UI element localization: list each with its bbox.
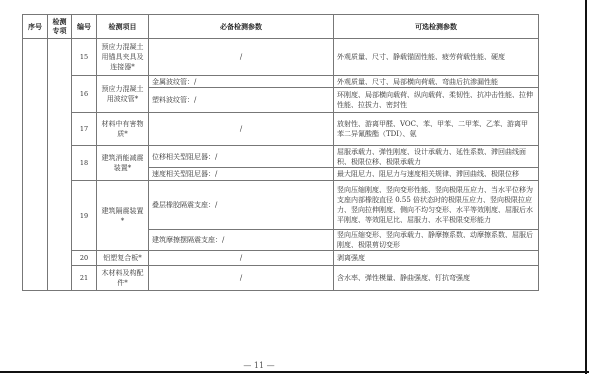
optional-cell: 竖向压缩变形、竖向承载力、静摩擦系数、动摩擦系数、屈服后刚度、极限剪切变形 [334,230,539,251]
page-number: — 11 — [0,361,518,370]
table-row: 18 建筑消能减震装置* 位移相关型阻尼器：/ 屈服承载力、弹性刚度、设计承载力… [23,146,539,168]
item-cell: 预应力混凝土用锚具夹具及连接器* [97,39,149,76]
header-item: 检测项目 [97,15,149,39]
required-cell: / [149,39,334,76]
code-cell: 17 [72,113,97,146]
table-row: 17 材料中有害物质* / 放射性、游离甲醛、VOC、苯、甲苯、二甲苯、乙苯、游… [23,113,539,146]
item-cell: 铝塑复合板* [97,251,149,266]
item-cell: 预应力混凝土用波纹管* [97,76,149,113]
table-row: 20 铝塑复合板* / 剥离强度 [23,251,539,266]
header-category: 检测专项 [48,15,72,39]
header-optional: 可选检测参数 [334,15,539,39]
header-required: 必备检测参数 [149,15,334,39]
code-cell: 21 [72,266,97,291]
testing-parameters-table: 序号 检测专项 编号 检测项目 必备检测参数 可选检测参数 15 预应力混凝土用… [22,14,539,291]
required-cell: 塑料波纹管：/ [149,88,334,113]
code-cell: 15 [72,39,97,76]
code-cell: 18 [72,146,97,181]
optional-cell: 外观质量、尺寸、局部横向荷载、弯曲后抗渗漏性能 [334,76,539,88]
item-cell: 建筑隔震装置* [97,181,149,251]
required-cell: / [149,251,334,266]
code-cell: 20 [72,251,97,266]
category-cell [48,39,72,291]
optional-cell: 最大阻尼力、阻尼力与速度相关规律、滞回曲线、极限位移 [334,168,539,181]
optional-cell: 放射性、游离甲醛、VOC、苯、甲苯、二甲苯、乙苯、游离甲苯二异氰酸酯（TDI）、… [334,113,539,146]
page-edge [0,371,589,373]
item-cell: 材料中有害物质* [97,113,149,146]
required-cell: 金属波纹管：/ [149,76,334,88]
table-row: 19 建筑隔震装置* 叠层橡胶隔震支座：/ 竖向压缩刚度、竖向变形性能、竖向极限… [23,181,539,230]
item-cell: 建筑消能减震装置* [97,146,149,181]
table-row: 15 预应力混凝土用锚具夹具及连接器* / 外观质量、尺寸、静载锚固性能、疲劳荷… [23,39,539,76]
page-edge [585,0,587,374]
optional-cell: 屈服承载力、弹性刚度、设计承载力、延性系数、滞回曲线面积、极限位移、极限承载力 [334,146,539,168]
index-cell [23,39,48,291]
code-cell: 19 [72,181,97,251]
required-cell: 位移相关型阻尼器：/ [149,146,334,168]
optional-cell: 环刚度、局部横向载荷、纵向载荷、柔韧性、抗冲击性能、拉伸性能、拉拔力、密封性 [334,88,539,113]
code-cell: 16 [72,76,97,113]
optional-cell: 外观质量、尺寸、静载锚固性能、疲劳荷载性能、硬度 [334,39,539,76]
header-code: 编号 [72,15,97,39]
required-cell: / [149,266,334,291]
required-cell: 速度相关型阻尼器：/ [149,168,334,181]
required-cell: 建筑摩擦摆隔震支座：/ [149,230,334,251]
table-row: 21 木材料及构配件* / 含水率、弹性模量、静曲强度、钉抗弯强度 [23,266,539,291]
table-row: 16 预应力混凝土用波纹管* 金属波纹管：/ 外观质量、尺寸、局部横向荷载、弯曲… [23,76,539,88]
optional-cell: 剥离强度 [334,251,539,266]
item-cell: 木材料及构配件* [97,266,149,291]
required-cell: / [149,113,334,146]
optional-cell: 含水率、弹性模量、静曲强度、钉抗弯强度 [334,266,539,291]
header-index: 序号 [23,15,48,39]
required-cell: 叠层橡胶隔震支座：/ [149,181,334,230]
table-header-row: 序号 检测专项 编号 检测项目 必备检测参数 可选检测参数 [23,15,539,39]
optional-cell: 竖向压缩刚度、竖向变形性能、竖向极限压应力、当水平位移为支座内部橡胶直径 0.5… [334,181,539,230]
